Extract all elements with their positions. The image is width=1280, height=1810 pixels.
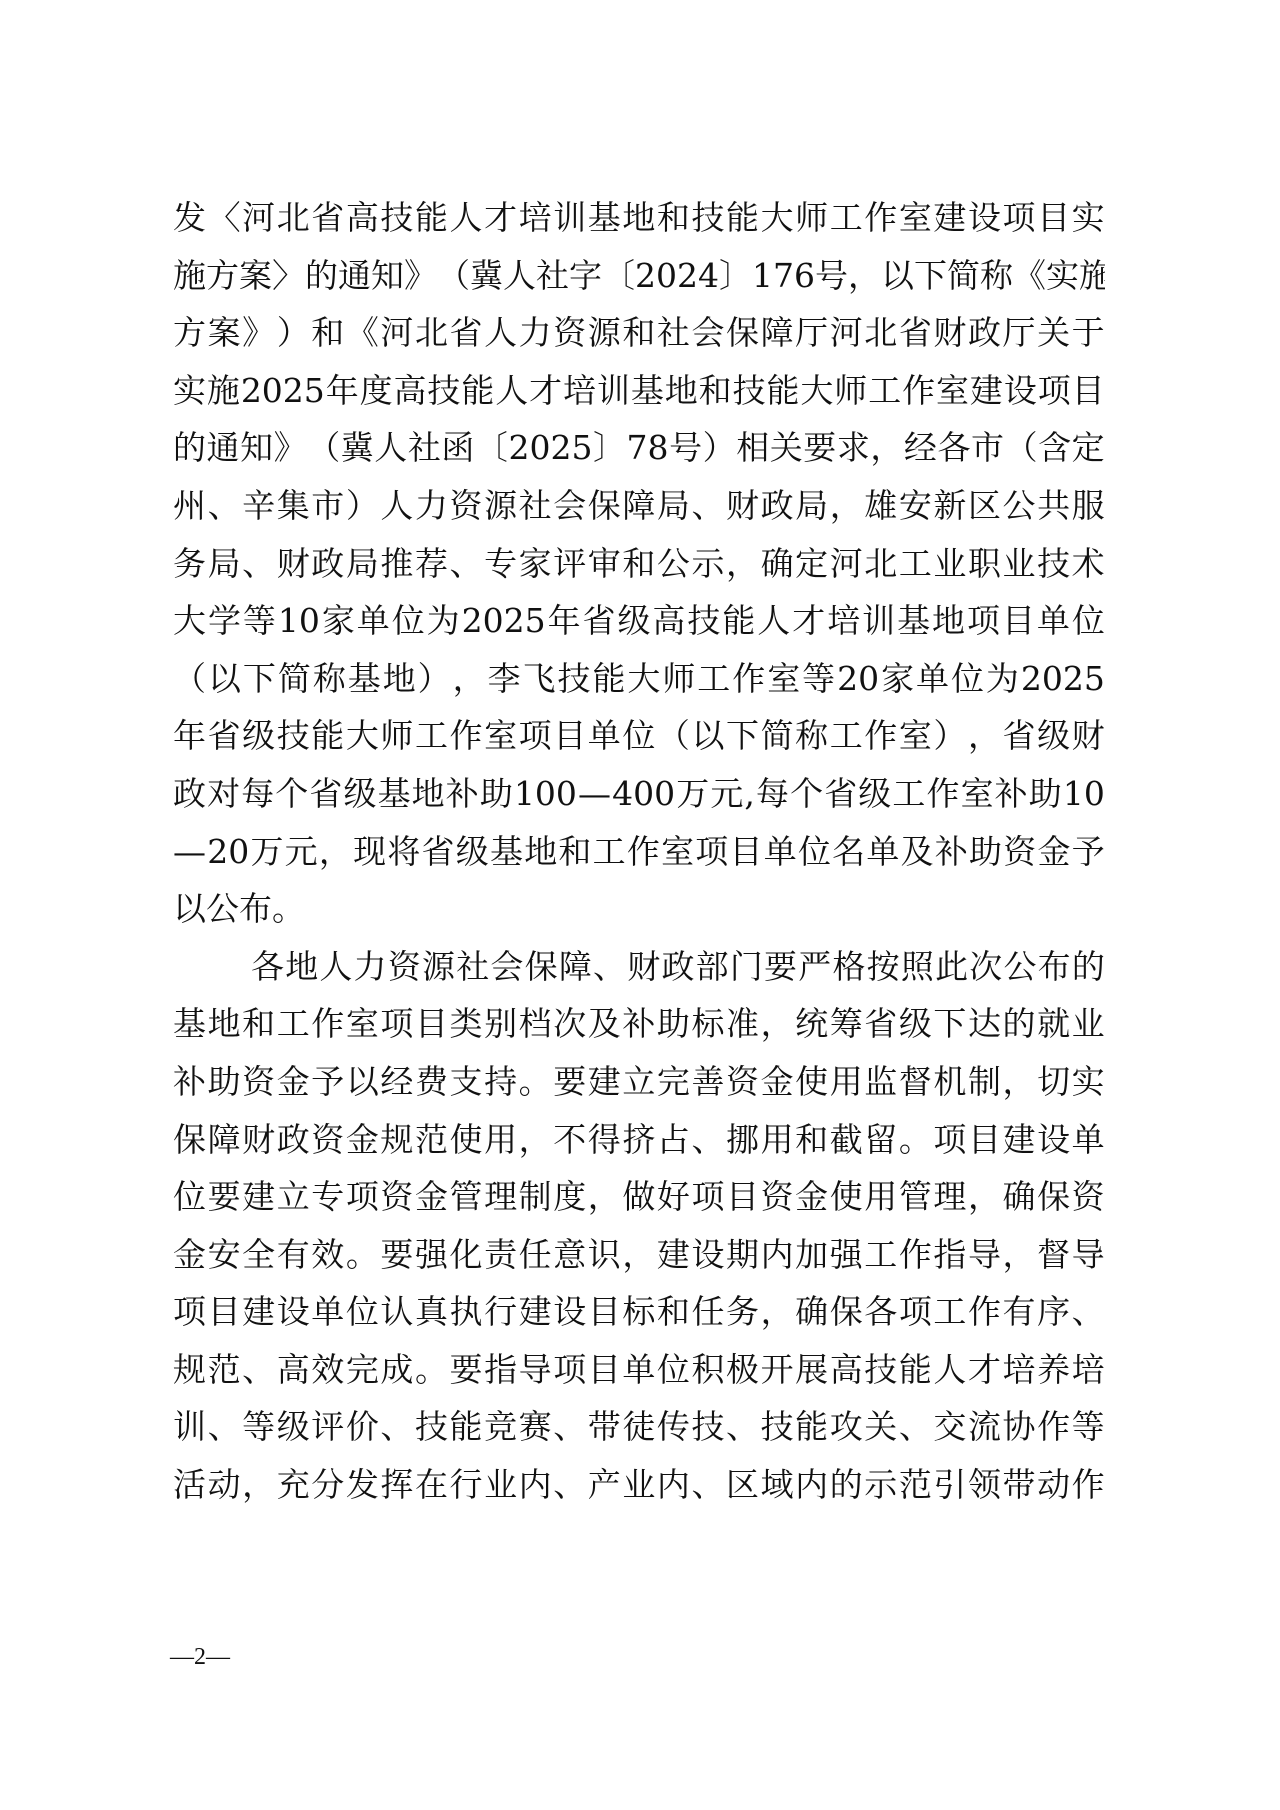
text-line: 项目建设单位认真执行建设目标和任务，确保各项工作有序、	[173, 1283, 1105, 1341]
text-line: 务局、财政局推荐、专家评审和公示，确定河北工业职业技术	[173, 535, 1105, 593]
text-line: 位要建立专项资金管理制度，做好项目资金使用管理，确保资	[173, 1168, 1105, 1226]
text-line: —20万元，现将省级基地和工作室项目单位名单及补助资金予	[173, 823, 1105, 881]
text-line: 年省级技能大师工作室项目单位（以下简称工作室），省级财	[173, 707, 1105, 765]
text-line: 实施2025年度高技能人才培训基地和技能大师工作室建设项目	[173, 362, 1105, 420]
body-text: 发〈河北省高技能人才培训基地和技能大师工作室建设项目实 施方案〉的通知》（冀人社…	[173, 189, 1105, 1514]
text-line: 基地和工作室项目类别档次及补助标准，统筹省级下达的就业	[173, 995, 1105, 1053]
text-line: 政对每个省级基地补助100—400万元,每个省级工作室补助10	[173, 765, 1105, 823]
text-line: 大学等10家单位为2025年省级高技能人才培训基地项目单位	[173, 592, 1105, 650]
text-line: 保障财政资金规范使用，不得挤占、挪用和截留。项目建设单	[173, 1111, 1105, 1169]
text-line: 活动，充分发挥在行业内、产业内、区域内的示范引领带动作	[173, 1456, 1105, 1514]
paragraph-2: 各地人力资源社会保障、财政部门要严格按照此次公布的 基地和工作室项目类别档次及补…	[173, 938, 1105, 1514]
text-line: 训、等级评价、技能竞赛、带徒传技、技能攻关、交流协作等	[173, 1398, 1105, 1456]
page-number: —2—	[170, 1643, 230, 1671]
text-line: 补助资金予以经费支持。要建立完善资金使用监督机制，切实	[173, 1053, 1105, 1111]
text-line: 金安全有效。要强化责任意识，建设期内加强工作指导，督导	[173, 1226, 1105, 1284]
text-line: 州、辛集市）人力资源社会保障局、财政局，雄安新区公共服	[173, 477, 1105, 535]
document-page: 发〈河北省高技能人才培训基地和技能大师工作室建设项目实 施方案〉的通知》（冀人社…	[0, 0, 1280, 1810]
text-line: （以下简称基地），李飞技能大师工作室等20家单位为2025	[173, 650, 1105, 708]
text-line: 发〈河北省高技能人才培训基地和技能大师工作室建设项目实	[173, 189, 1105, 247]
paragraph-1: 发〈河北省高技能人才培训基地和技能大师工作室建设项目实 施方案〉的通知》（冀人社…	[173, 189, 1105, 938]
text-line: 的通知》（冀人社函〔2025〕78号）相关要求，经各市（含定	[173, 419, 1105, 477]
text-line: 以公布。	[173, 880, 1105, 938]
text-line: 方案》）和《河北省人力资源和社会保障厅河北省财政厅关于	[173, 304, 1105, 362]
text-line: 各地人力资源社会保障、财政部门要严格按照此次公布的	[173, 938, 1105, 996]
text-line: 施方案〉的通知》（冀人社字〔2024〕176号，以下简称《实施	[173, 247, 1105, 305]
text-line: 规范、高效完成。要指导项目单位积极开展高技能人才培养培	[173, 1341, 1105, 1399]
